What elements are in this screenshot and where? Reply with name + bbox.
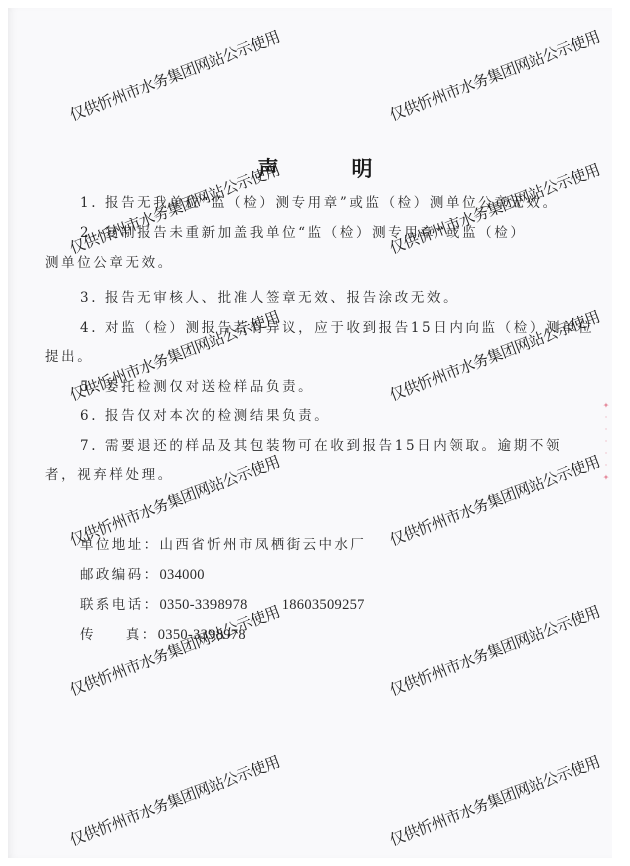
clause-4-continuation: 提出。 (45, 348, 93, 366)
clause-7-continuation: 者，视弃样处理。 (45, 466, 174, 484)
phone-value-2: 18603509257 (282, 597, 365, 613)
fax-label-2: 真： (126, 627, 158, 643)
clause-3: 3. 报告无审核人、批准人签章无效、报告涂改无效。 (80, 289, 459, 307)
postcode-row: 邮政编码：034000 (80, 566, 205, 584)
seal-mark-icon: ✦·····✦ (603, 401, 610, 482)
postcode-label: 邮政编码： (80, 567, 160, 583)
address-value: 山西省忻州市凤栖街云中水厂 (160, 537, 367, 553)
phone-row: 联系电话：0350-339897818603509257 (80, 596, 365, 614)
fax-label: 传 (80, 627, 96, 643)
clause-2-continuation: 测单位公章无效。 (45, 254, 174, 272)
clause-7: 7. 需要退还的样品及其包装物可在收到报告15日内领取。逾期不领 (80, 437, 562, 455)
postcode-value: 034000 (160, 567, 205, 583)
document-title: 声 明 (0, 153, 630, 183)
phone-value-1: 0350-3398978 (160, 597, 248, 613)
red-seal-fragment: ✦·····✦ (601, 400, 611, 500)
address-row: 单位地址：山西省忻州市凤栖街云中水厂 (80, 536, 366, 554)
phone-label: 联系电话： (80, 597, 160, 613)
clause-6: 6. 报告仅对本次的检测结果负责。 (80, 407, 330, 425)
scanned-page (8, 8, 612, 858)
